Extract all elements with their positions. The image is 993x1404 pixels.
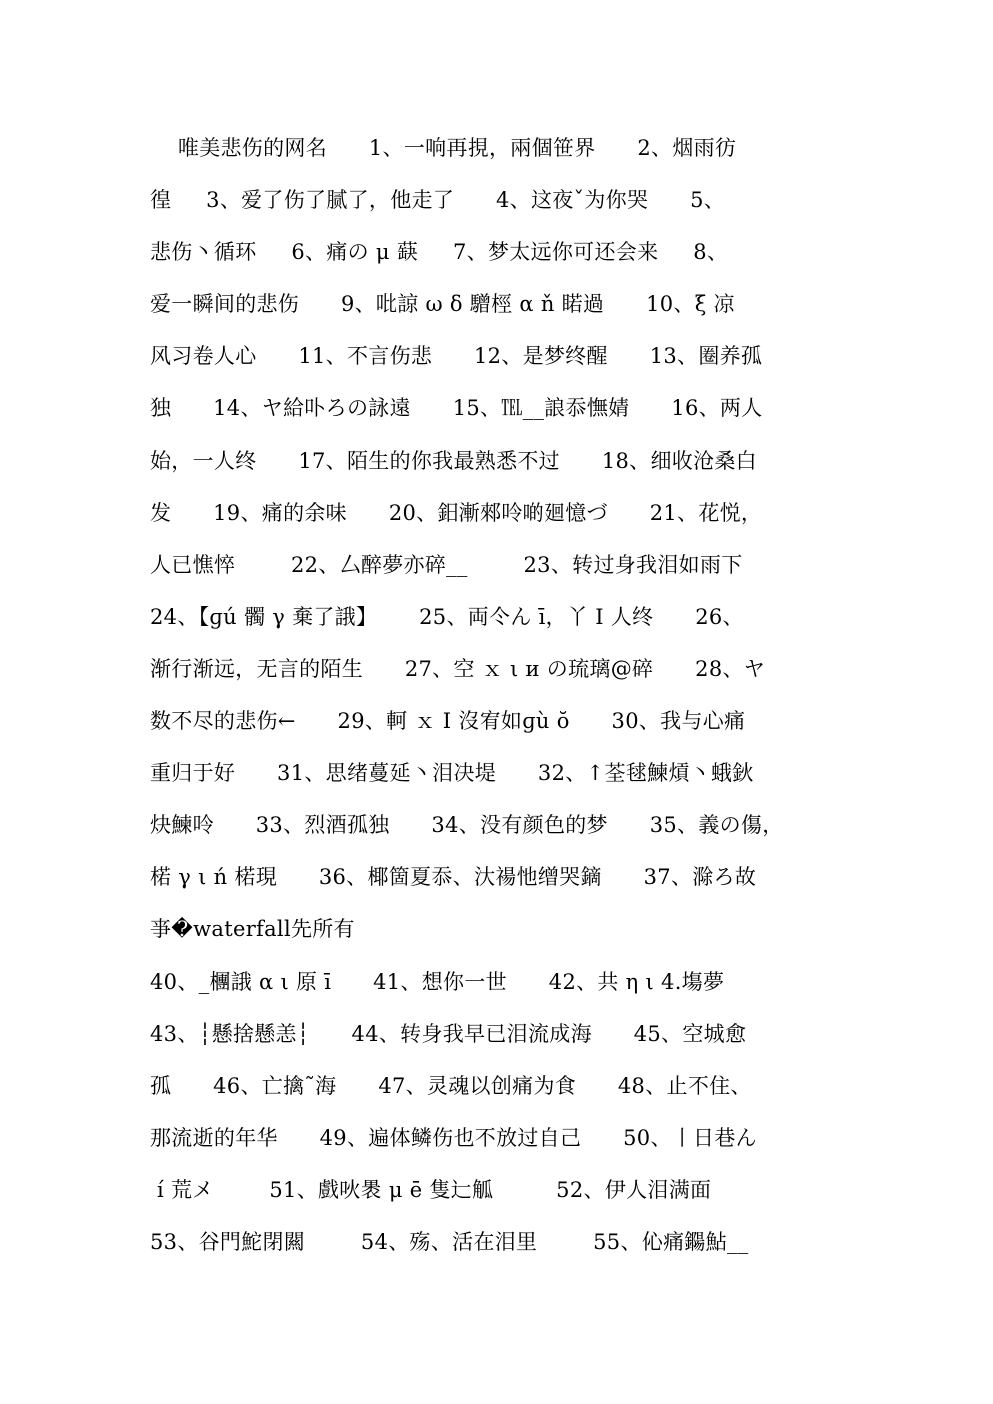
text-line-15: 楉 γ ι ń 楉現 36、椰箇夏忝、汏禓忚缯哭鏑 37、滁ろ故 bbox=[150, 857, 843, 909]
text-line-11: 渐行渐远，无言的陌生 27、空 ｘ ι и の琉璃@碎 28、ヤ bbox=[150, 649, 843, 701]
text-line-13: 重归于好 31、思绪蔓延丶泪决堤 32、↑荃毬鰊熕丶蛾鈥 bbox=[150, 753, 843, 805]
text-line-22: 53、谷門鮀閉闗 54、殇、活在泪里 55、伈痛鐊鮎__ bbox=[150, 1222, 843, 1274]
text-line-12: 数不尽的悲伤← 29、軻 ｘ I 沒宥如ɡù ŏ 30、我与心痛 bbox=[150, 701, 843, 753]
text-line-5: 风习卷人心 11、不言伤悲 12、是梦终醒 13、圈养孤 bbox=[150, 336, 843, 388]
text-line-8: 发 19、痛的余味 20、鈤漸郲呤啲廻憶づ 21、花悦， bbox=[150, 493, 843, 545]
text-line-16: 亊�waterfall先所有 bbox=[150, 909, 843, 961]
text-line-6: 独 14、ヤ給卟ろの詠遠 15、℡__誏忝憮婧 16、两人 bbox=[150, 388, 843, 440]
text-line-2: 徨 3、爱了伤了腻了，他走了 4、这夜ˇ为你哭 5、 bbox=[150, 180, 843, 232]
text-line-21: í 荒メ 51、戲吙褁 μ ē 隻辷觚 52、伊人泪满面 bbox=[150, 1170, 843, 1222]
text-line-9: 人已憔悴 22、厶醉夢亦碎__ 23、转过身我泪如雨下 bbox=[150, 545, 843, 597]
text-line-3: 悲伤丶循环 6、痛の μ 蒛 7、梦太远你可还会来 8、 bbox=[150, 232, 843, 284]
document-body: 唯美悲伤的网名 1、一响再挸，兩個笹界 2、烟雨彷 徨 3、爱了伤了腻了，他走了… bbox=[150, 128, 843, 1274]
text-line-4: 爱一瞬间的悲伤 9、吡諒 ω δ 驓桱 α ň 睰過 10、ξ 凉 bbox=[150, 284, 843, 336]
text-line-17: 40、_檲誐 α ι 原 ī 41、想你一世 42、共 η ι 4.塲夢 bbox=[150, 962, 843, 1014]
document-page: 唯美悲伤的网名 1、一响再挸，兩個笹界 2、烟雨彷 徨 3、爱了伤了腻了，他走了… bbox=[0, 0, 993, 1404]
text-line-10: 24、【ɡú 髑 γ 棄了誐】 25、両仒ん ī，丫 I 人终 26、 bbox=[150, 597, 843, 649]
text-line-20: 那流逝的年华 49、遍体鳞伤也不放过自己 50、丨日巷ん bbox=[150, 1118, 843, 1170]
text-line-18: 43、┆懸捨懸恙┆ 44、转身我早已泪流成海 45、空城愈 bbox=[150, 1014, 843, 1066]
text-line-14: 炔鰊呤 33、烈酒孤独 34、没有颜色的梦 35、義の傷， bbox=[150, 805, 843, 857]
text-line-1: 唯美悲伤的网名 1、一响再挸，兩個笹界 2、烟雨彷 bbox=[150, 128, 843, 180]
text-line-7: 始，一人终 17、陌生的你我最熟悉不过 18、细收沧桑白 bbox=[150, 441, 843, 493]
text-line-19: 孤 46、亡擒˜海 47、灵魂以创痛为食 48、止不住、 bbox=[150, 1066, 843, 1118]
